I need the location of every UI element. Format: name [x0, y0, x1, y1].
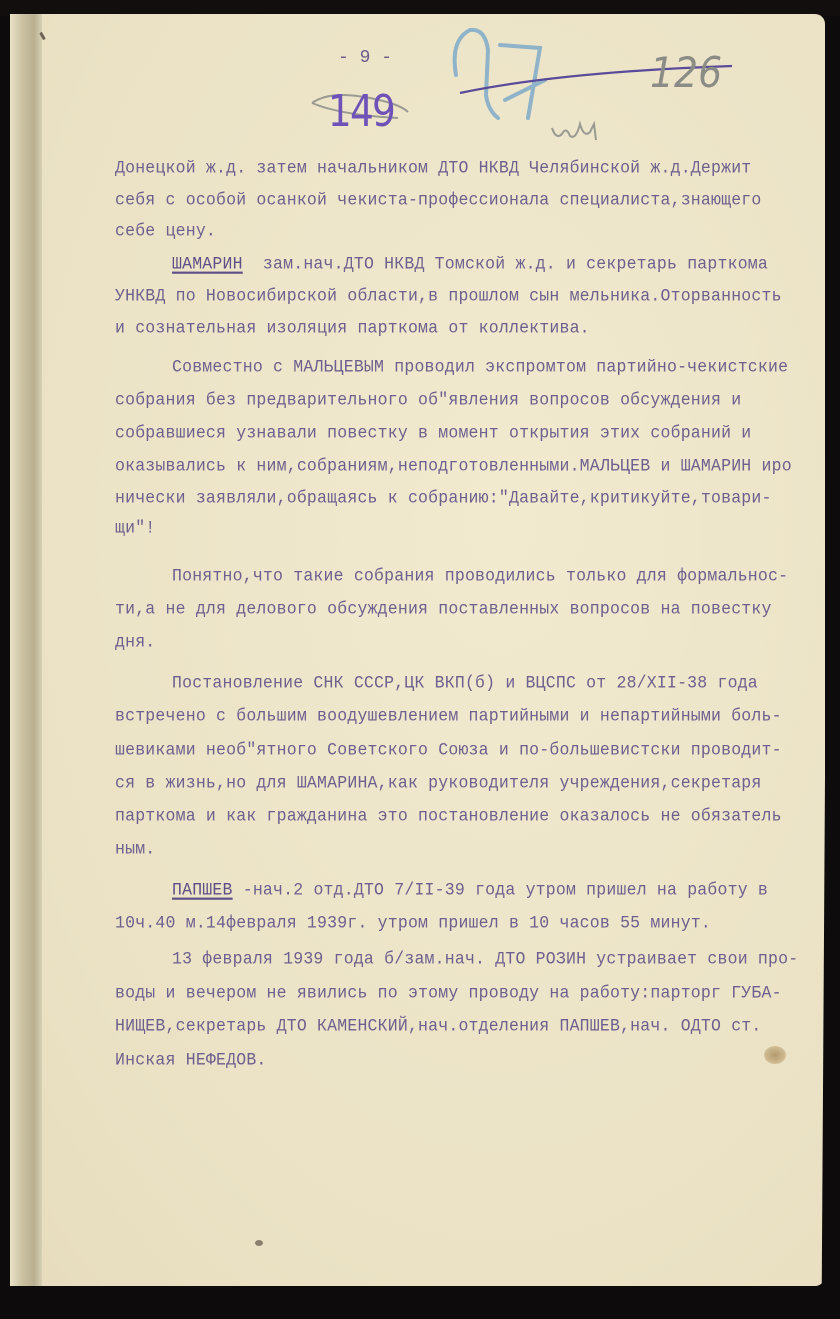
scan-bottom-border — [0, 1285, 840, 1319]
line-text: себе цену. — [115, 220, 216, 241]
text-line: УНКВД по Новосибирской области,в прошлом… — [115, 285, 782, 306]
text-line: Постановление СНК СССР,ЦК ВКП(б) и ВЦСПС… — [172, 672, 758, 693]
text-line: 13 февраля 1939 года б/зам.нач. ДТО РОЗИ… — [172, 948, 798, 969]
line-text: УНКВД по Новосибирской области,в прошлом… — [115, 285, 782, 306]
line-text: Донецкой ж.д. затем начальником ДТО НКВД… — [115, 157, 751, 178]
line-text: собравшиеся узнавали повестку в момент о… — [115, 422, 751, 443]
pencil-number-126: 126 — [650, 48, 722, 97]
text-line: ПАПШЕВ -нач.2 отд.ДТО 7/II-39 года утром… — [172, 879, 768, 900]
dirt-speck — [255, 1240, 263, 1246]
line-text: нически заявляли,обращаясь к собранию:"Д… — [115, 487, 772, 508]
line-text: ным. — [115, 838, 155, 859]
blue-pencil-47 — [455, 30, 545, 118]
text-line: ным. — [115, 838, 155, 859]
line-text: дня. — [115, 631, 155, 652]
text-line: собравшиеся узнавали повестку в момент о… — [115, 422, 751, 443]
line-text: оказывались к ним,собраниям,неподготовле… — [115, 455, 792, 476]
line-text: себя с особой осанкой чекиста-профессион… — [115, 189, 762, 210]
text-line: себе цену. — [115, 220, 216, 241]
text-line: 10ч.40 м.14февраля 1939г. утром пришел в… — [115, 912, 711, 933]
text-line: собрания без предварительного об"явления… — [115, 389, 741, 410]
ink-spot — [764, 1046, 786, 1064]
line-text: и сознательная изоляция парткома от колл… — [115, 317, 590, 338]
page-fold-shadow — [10, 14, 42, 1286]
line-text: встречено с большим воодушевлением парти… — [115, 705, 782, 726]
line-text: ся в жизнь,но для ШАМАРИНА,как руководит… — [115, 772, 762, 793]
line-text: парткома и как гражданина это постановле… — [115, 805, 782, 826]
archive-sheet-number-149: 149 — [328, 86, 394, 137]
text-line: себя с особой осанкой чекиста-профессион… — [115, 189, 762, 210]
text-line: Понятно,что такие собрания проводились т… — [172, 565, 788, 586]
text-line: щи"! — [115, 517, 155, 538]
text-line: НИЩЕВ,секретарь ДТО КАМЕНСКИЙ,нач.отделе… — [115, 1015, 762, 1036]
text-line: ся в жизнь,но для ШАМАРИНА,как руководит… — [115, 772, 762, 793]
text-line: шевиками необ"ятного Советского Союза и … — [115, 739, 782, 760]
pencil-initials — [552, 124, 596, 140]
text-line: Совместно с МАЛЬЦЕВЫМ проводил экспромто… — [172, 356, 788, 377]
text-line: воды и вечером не явились по этому прово… — [115, 982, 782, 1003]
text-line: дня. — [115, 631, 155, 652]
text-line: парткома и как гражданина это постановле… — [115, 805, 782, 826]
text-line: встречено с большим воодушевлением парти… — [115, 705, 782, 726]
line-text: щи"! — [115, 517, 155, 538]
text-line: ти,а не для делового обсуждения поставле… — [115, 598, 772, 619]
line-text: Совместно с МАЛЬЦЕВЫМ проводил экспромто… — [172, 356, 788, 377]
line-text: -нач.2 отд.ДТО 7/II-39 года утром пришел… — [233, 879, 768, 900]
text-line: Инская НЕФЕДОВ. — [115, 1049, 267, 1070]
line-text: воды и вечером не явились по этому прово… — [115, 982, 782, 1003]
text-line: ШАМАРИН зам.нач.ДТО НКВД Томской ж.д. и … — [172, 253, 768, 274]
underlined-surname: ПАПШЕВ — [172, 879, 233, 900]
line-text: зам.нач.ДТО НКВД Томской ж.д. и секретар… — [243, 253, 768, 274]
line-text: ти,а не для делового обсуждения поставле… — [115, 598, 772, 619]
line-text: шевиками необ"ятного Советского Союза и … — [115, 739, 782, 760]
line-text: 13 февраля 1939 года б/зам.нач. ДТО РОЗИ… — [172, 948, 798, 969]
text-line: оказывались к ним,собраниям,неподготовле… — [115, 455, 792, 476]
line-text: собрания без предварительного об"явления… — [115, 389, 741, 410]
line-text: Понятно,что такие собрания проводились т… — [172, 565, 788, 586]
underlined-surname: ШАМАРИН — [172, 253, 243, 274]
line-text: Постановление СНК СССР,ЦК ВКП(б) и ВЦСПС… — [172, 672, 758, 693]
line-text: НИЩЕВ,секретарь ДТО КАМЕНСКИЙ,нач.отделе… — [115, 1015, 762, 1036]
text-line: и сознательная изоляция парткома от колл… — [115, 317, 590, 338]
text-line: нически заявляли,обращаясь к собранию:"Д… — [115, 487, 772, 508]
line-text: 10ч.40 м.14февраля 1939г. утром пришел в… — [115, 912, 711, 933]
text-line: Донецкой ж.д. затем начальником ДТО НКВД… — [115, 157, 751, 178]
line-text: Инская НЕФЕДОВ. — [115, 1049, 267, 1070]
